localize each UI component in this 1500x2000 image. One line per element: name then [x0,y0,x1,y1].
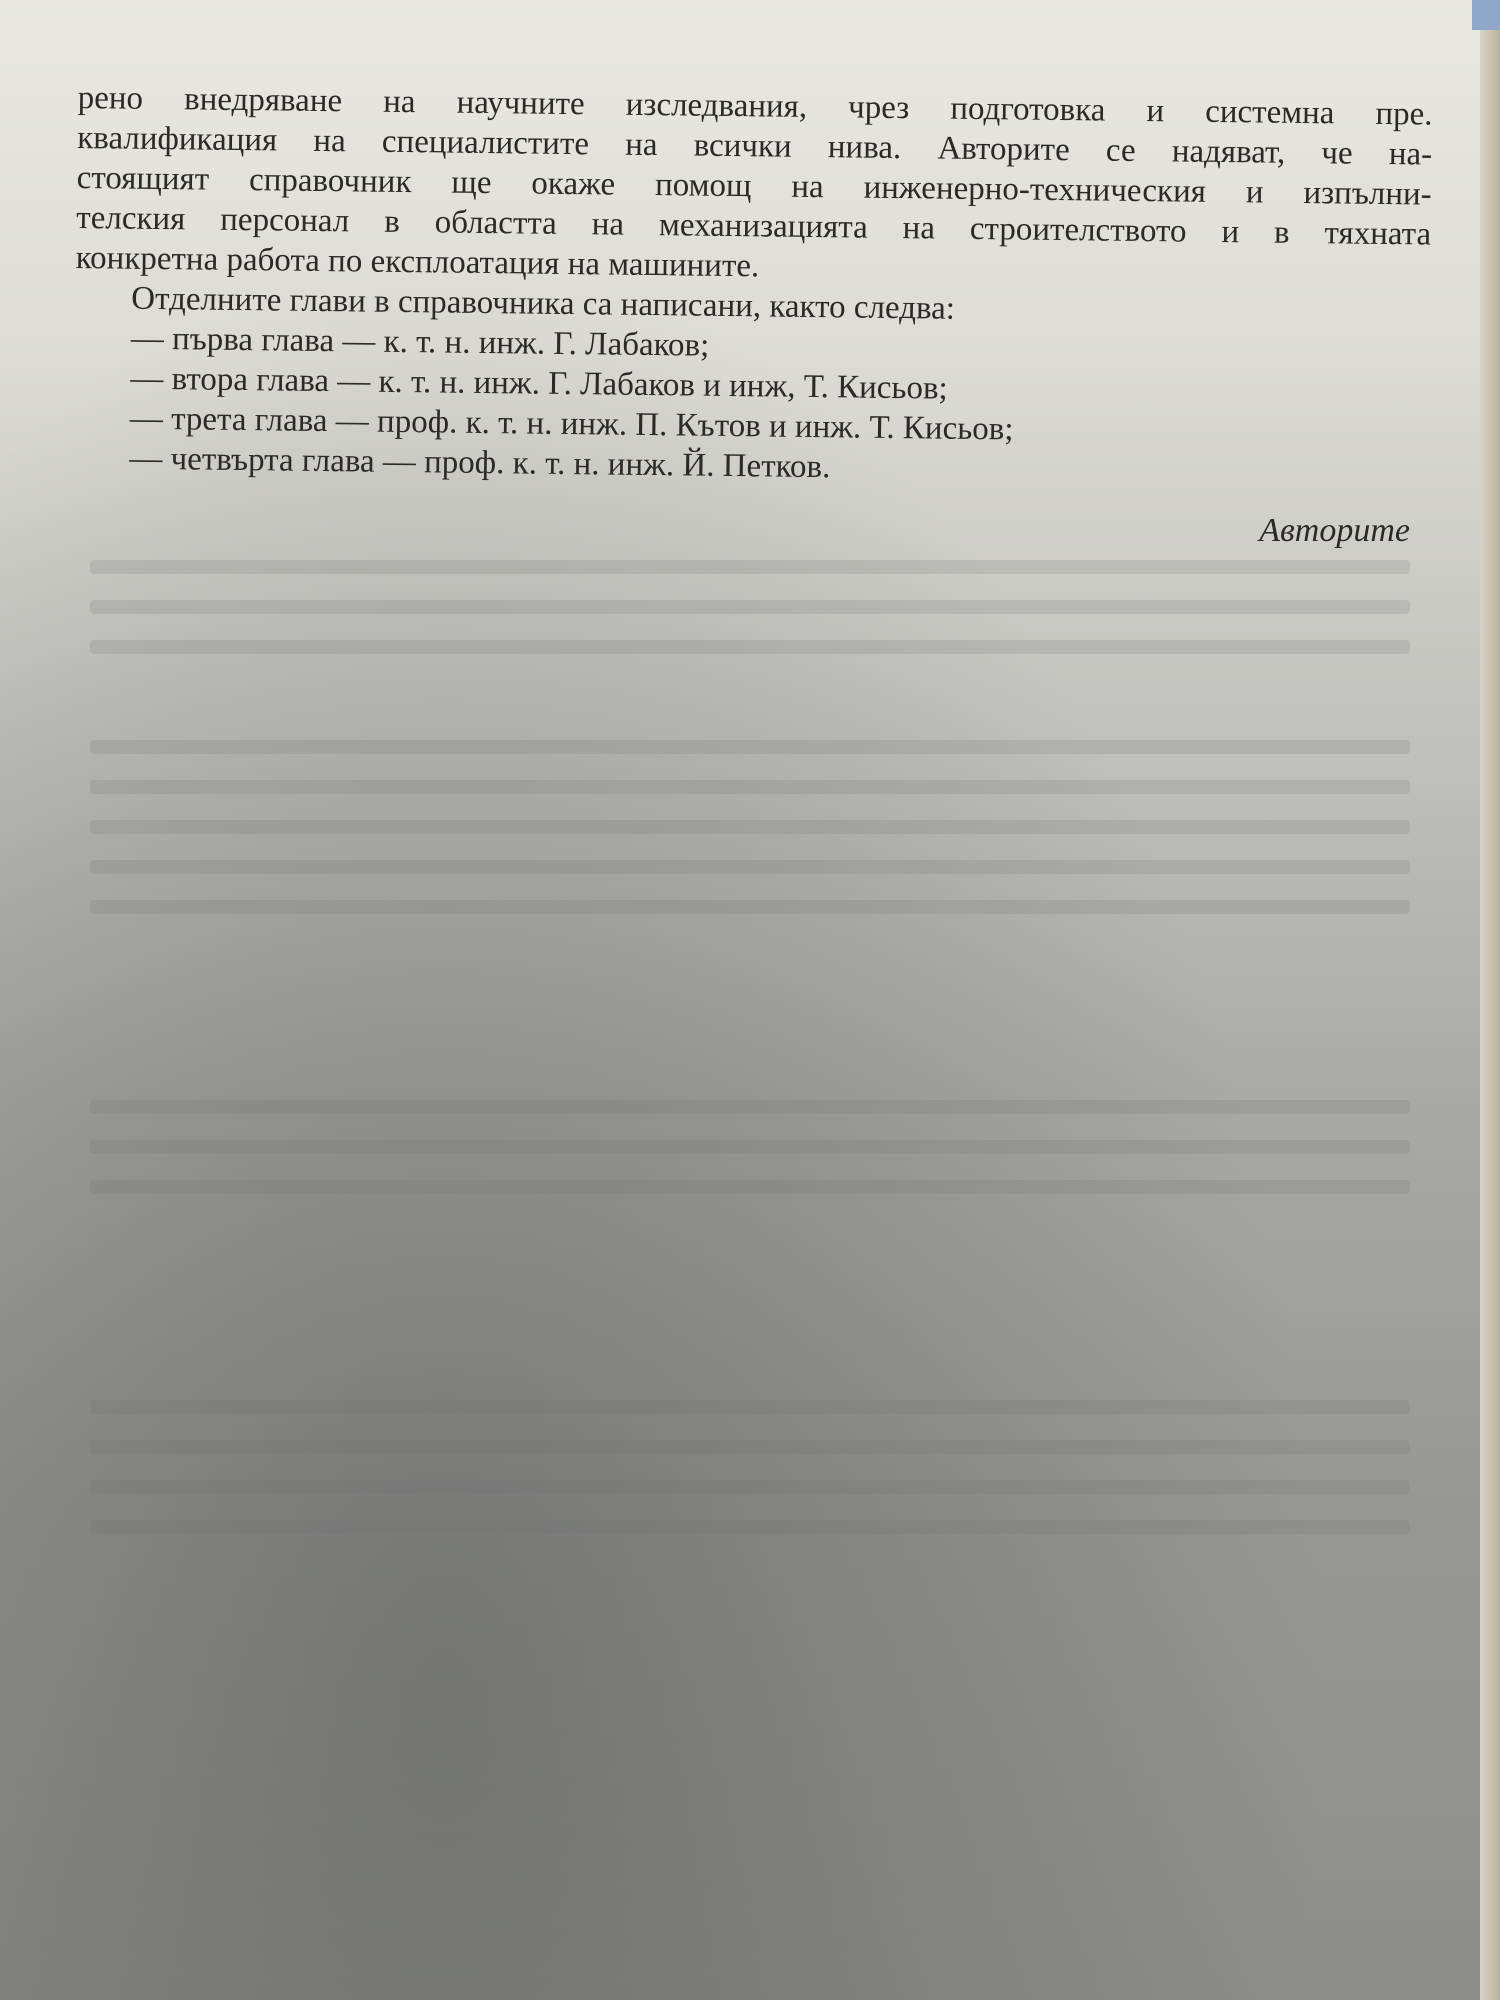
show-through-text [90,740,1410,754]
page-edge [1480,0,1500,2000]
show-through-text [90,1480,1410,1494]
signature: Авторите [1259,512,1410,550]
preface-text: реновнедряваненанаучнитеизследвания,чрез… [73,78,1433,495]
show-through-text [90,900,1410,914]
show-through-text [90,1440,1410,1454]
show-through-text [90,640,1410,654]
show-through-text [90,820,1410,834]
show-through-text [90,560,1410,574]
show-through-text [90,1100,1410,1114]
show-through-text [90,1520,1410,1534]
show-through-text [90,1400,1410,1414]
show-through-text [90,780,1410,794]
book-page: реновнедряваненанаучнитеизследвания,чрез… [0,0,1480,2000]
background-object [1472,0,1500,30]
show-through-text [90,1140,1410,1154]
show-through-text [90,860,1410,874]
show-through-text [90,600,1410,614]
show-through-text [90,1180,1410,1194]
